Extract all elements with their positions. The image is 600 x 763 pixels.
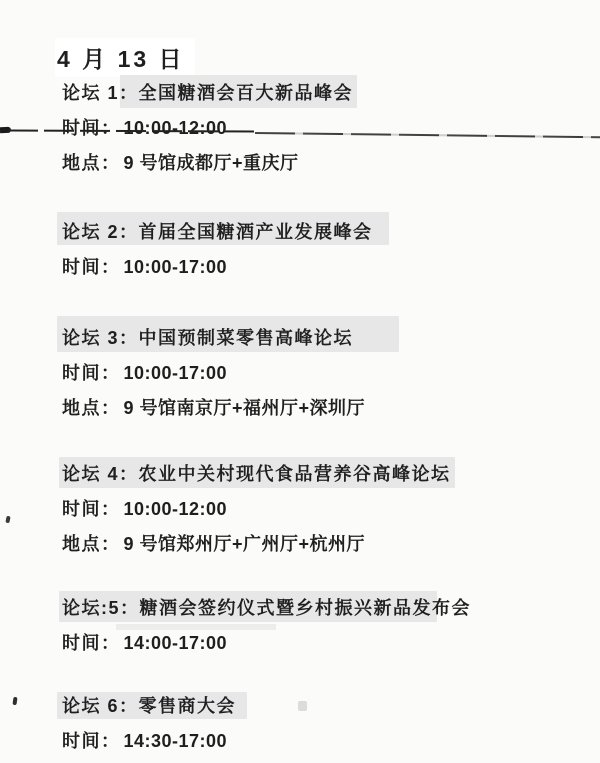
forum-label: 论坛 4： (62, 464, 139, 484)
forum-title: 农业中关村现代食品营养谷高峰论坛 (139, 464, 451, 484)
location-value: 9 号馆郑州厅+广州厅+杭州厅 (124, 534, 366, 554)
forum-title: 中国预制菜零售高峰论坛 (139, 328, 354, 348)
time-label: 时间： (62, 633, 121, 653)
time-line: 时间：10:00-17:00 (62, 362, 365, 384)
forum-section-5: 论坛:5：糖酒会签约仪式暨乡村振兴新品发布会 时间：14:00-17:00 (62, 597, 471, 667)
forum-section-6: 论坛 6：零售商大会 时间：14:30-17:00 (62, 695, 236, 763)
forum-section-4: 论坛 4：农业中关村现代食品营养谷高峰论坛 时间：10:00-12:00 地点：… (62, 463, 451, 568)
forum-title: 全国糖酒会百大新品峰会 (139, 83, 354, 103)
time-value: 14:00-17:00 (124, 633, 228, 653)
scan-highlight (298, 701, 307, 711)
forum-label: 论坛 3： (62, 328, 139, 348)
forum-label: 论坛 1： (62, 83, 139, 103)
ink-speck (5, 516, 10, 524)
location-line: 地点：9 号馆郑州厅+广州厅+杭州厅 (62, 533, 451, 555)
time-value: 10:00-17:00 (124, 363, 228, 383)
location-value: 9 号馆成都厅+重庆厅 (124, 153, 299, 173)
time-line: 时间：10:00-17:00 (62, 256, 373, 278)
time-value: 10:00-12:00 (124, 499, 228, 519)
location-value: 9 号馆南京厅+福州厅+深圳厅 (124, 398, 366, 418)
location-label: 地点： (62, 398, 121, 418)
forum-title-line: 论坛 3：中国预制菜零售高峰论坛 (62, 327, 365, 349)
time-line: 时间：14:00-17:00 (62, 632, 471, 654)
forum-title-line: 论坛 6：零售商大会 (62, 695, 236, 717)
forum-title-line: 论坛:5：糖酒会签约仪式暨乡村振兴新品发布会 (62, 597, 471, 619)
time-label: 时间： (62, 363, 121, 383)
time-line: 时间：10:00-12:00 (62, 498, 451, 520)
forum-label: 论坛 6： (62, 696, 139, 716)
time-label: 时间： (62, 731, 121, 751)
date-heading: 4 月 13 日 (55, 38, 195, 77)
time-label: 时间： (62, 257, 121, 277)
forum-title: 糖酒会签约仪式暨乡村振兴新品发布会 (140, 598, 472, 618)
time-line: 时间：14:30-17:00 (62, 730, 236, 752)
forum-title-line: 论坛 2：首届全国糖酒产业发展峰会 (62, 221, 373, 243)
forum-label: 论坛 2： (62, 222, 139, 242)
location-label: 地点： (62, 153, 121, 173)
page: 4 月 13 日 论坛 1：全国糖酒会百大新品峰会 时间：10:00-12:00… (0, 0, 600, 763)
time-value: 14:30-17:00 (124, 731, 228, 751)
forum-title-line: 论坛 1：全国糖酒会百大新品峰会 (62, 82, 353, 104)
time-value: 10:00-17:00 (124, 257, 228, 277)
time-label: 时间： (62, 118, 121, 138)
time-label: 时间： (62, 499, 121, 519)
forum-title: 零售商大会 (139, 696, 237, 716)
forum-section-3: 论坛 3：中国预制菜零售高峰论坛 时间：10:00-17:00 地点：9 号馆南… (62, 327, 365, 432)
forum-section-2: 论坛 2：首届全国糖酒产业发展峰会 时间：10:00-17:00 (62, 221, 373, 291)
forum-title: 首届全国糖酒产业发展峰会 (139, 222, 373, 242)
time-value: 10:00-12:00 (124, 118, 228, 138)
forum-label: 论坛:5： (62, 598, 140, 618)
location-line: 地点：9 号馆南京厅+福州厅+深圳厅 (62, 397, 365, 419)
time-line: 时间：10:00-12:00 (62, 117, 353, 139)
location-label: 地点： (62, 534, 121, 554)
ink-speck (12, 697, 17, 705)
location-line: 地点：9 号馆成都厅+重庆厅 (62, 152, 353, 174)
forum-title-line: 论坛 4：农业中关村现代食品营养谷高峰论坛 (62, 463, 451, 485)
scan-highlight (116, 624, 276, 630)
